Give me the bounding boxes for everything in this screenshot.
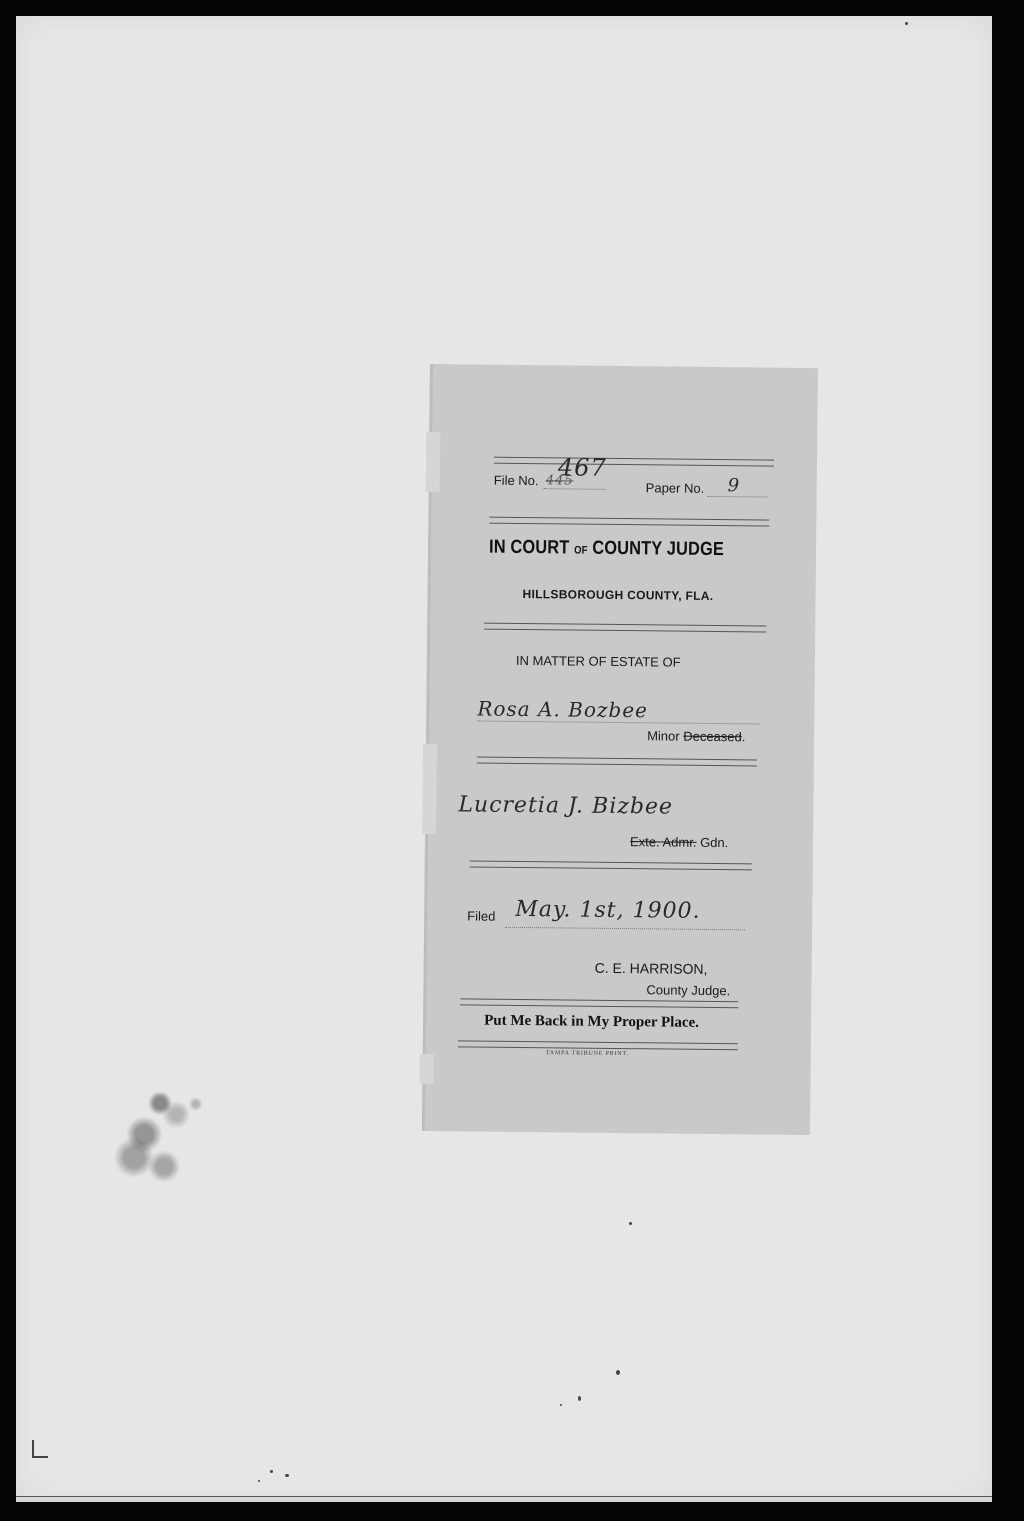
corner-crop-mark — [32, 1440, 48, 1458]
filed-date: May. 1st, 1900. — [515, 897, 700, 924]
paper-no-label: Paper No. — [646, 480, 705, 496]
file-no-label: File No. — [494, 473, 539, 488]
motto: Put Me Back in My Proper Place. — [484, 1013, 699, 1032]
double-rule — [470, 860, 752, 870]
double-rule — [460, 998, 738, 1008]
estate-name-line — [477, 721, 759, 725]
court-title-part: IN COURT — [489, 537, 570, 559]
speck — [270, 1470, 273, 1473]
court-title: IN COURT OF COUNTY JUDGE — [489, 537, 724, 561]
county-name: HILLSBOROUGH COUNTY, FLA. — [523, 587, 714, 603]
double-rule — [477, 757, 757, 767]
docket-cover: File No. 445 467 Paper No. 9 IN COURT OF… — [422, 364, 818, 1135]
matter-heading: IN MATTER OF ESTATE OF — [516, 653, 681, 670]
printer-credit: TAMPA TRIBUNE PRINT. — [546, 1050, 629, 1057]
role-struck: Exte. Admr. — [630, 834, 697, 850]
speck — [258, 1480, 260, 1482]
court-title-part: COUNTY JUDGE — [592, 538, 724, 560]
judge-title: County Judge. — [646, 982, 730, 998]
double-rule — [494, 457, 774, 467]
role-guardian: Gdn. — [700, 835, 728, 850]
speck — [578, 1396, 581, 1401]
paper-no-value: 9 — [728, 475, 741, 496]
speck — [560, 1404, 562, 1406]
file-no-value: 467 — [558, 453, 607, 482]
file-no-line — [544, 488, 606, 490]
torn-edge — [426, 432, 441, 492]
representative-role: Exte. Admr. Gdn. — [630, 834, 728, 850]
double-rule — [458, 1040, 738, 1050]
representative-name: Lucretia J. Bizbee — [458, 792, 673, 819]
status-deceased-struck: Deceased — [683, 729, 742, 745]
filed-label: Filed — [467, 908, 495, 923]
filed-line — [505, 927, 745, 931]
torn-edge — [422, 744, 437, 834]
speck — [905, 22, 908, 25]
torn-edge — [419, 1054, 433, 1084]
double-rule — [484, 623, 766, 633]
double-rule — [489, 517, 769, 527]
speck — [616, 1370, 620, 1375]
court-title-of: OF — [574, 545, 588, 557]
estate-status: Minor Deceased. — [647, 728, 745, 744]
status-minor: Minor — [647, 728, 680, 743]
speck — [285, 1474, 289, 1477]
speck — [629, 1222, 632, 1225]
status-suffix: . — [742, 729, 746, 744]
ink-smudge — [77, 1051, 239, 1213]
estate-name: Rosa A. Bozbee — [477, 697, 648, 723]
judge-name: C. E. HARRISON, — [595, 960, 708, 977]
page-edge-strip — [16, 1497, 992, 1502]
